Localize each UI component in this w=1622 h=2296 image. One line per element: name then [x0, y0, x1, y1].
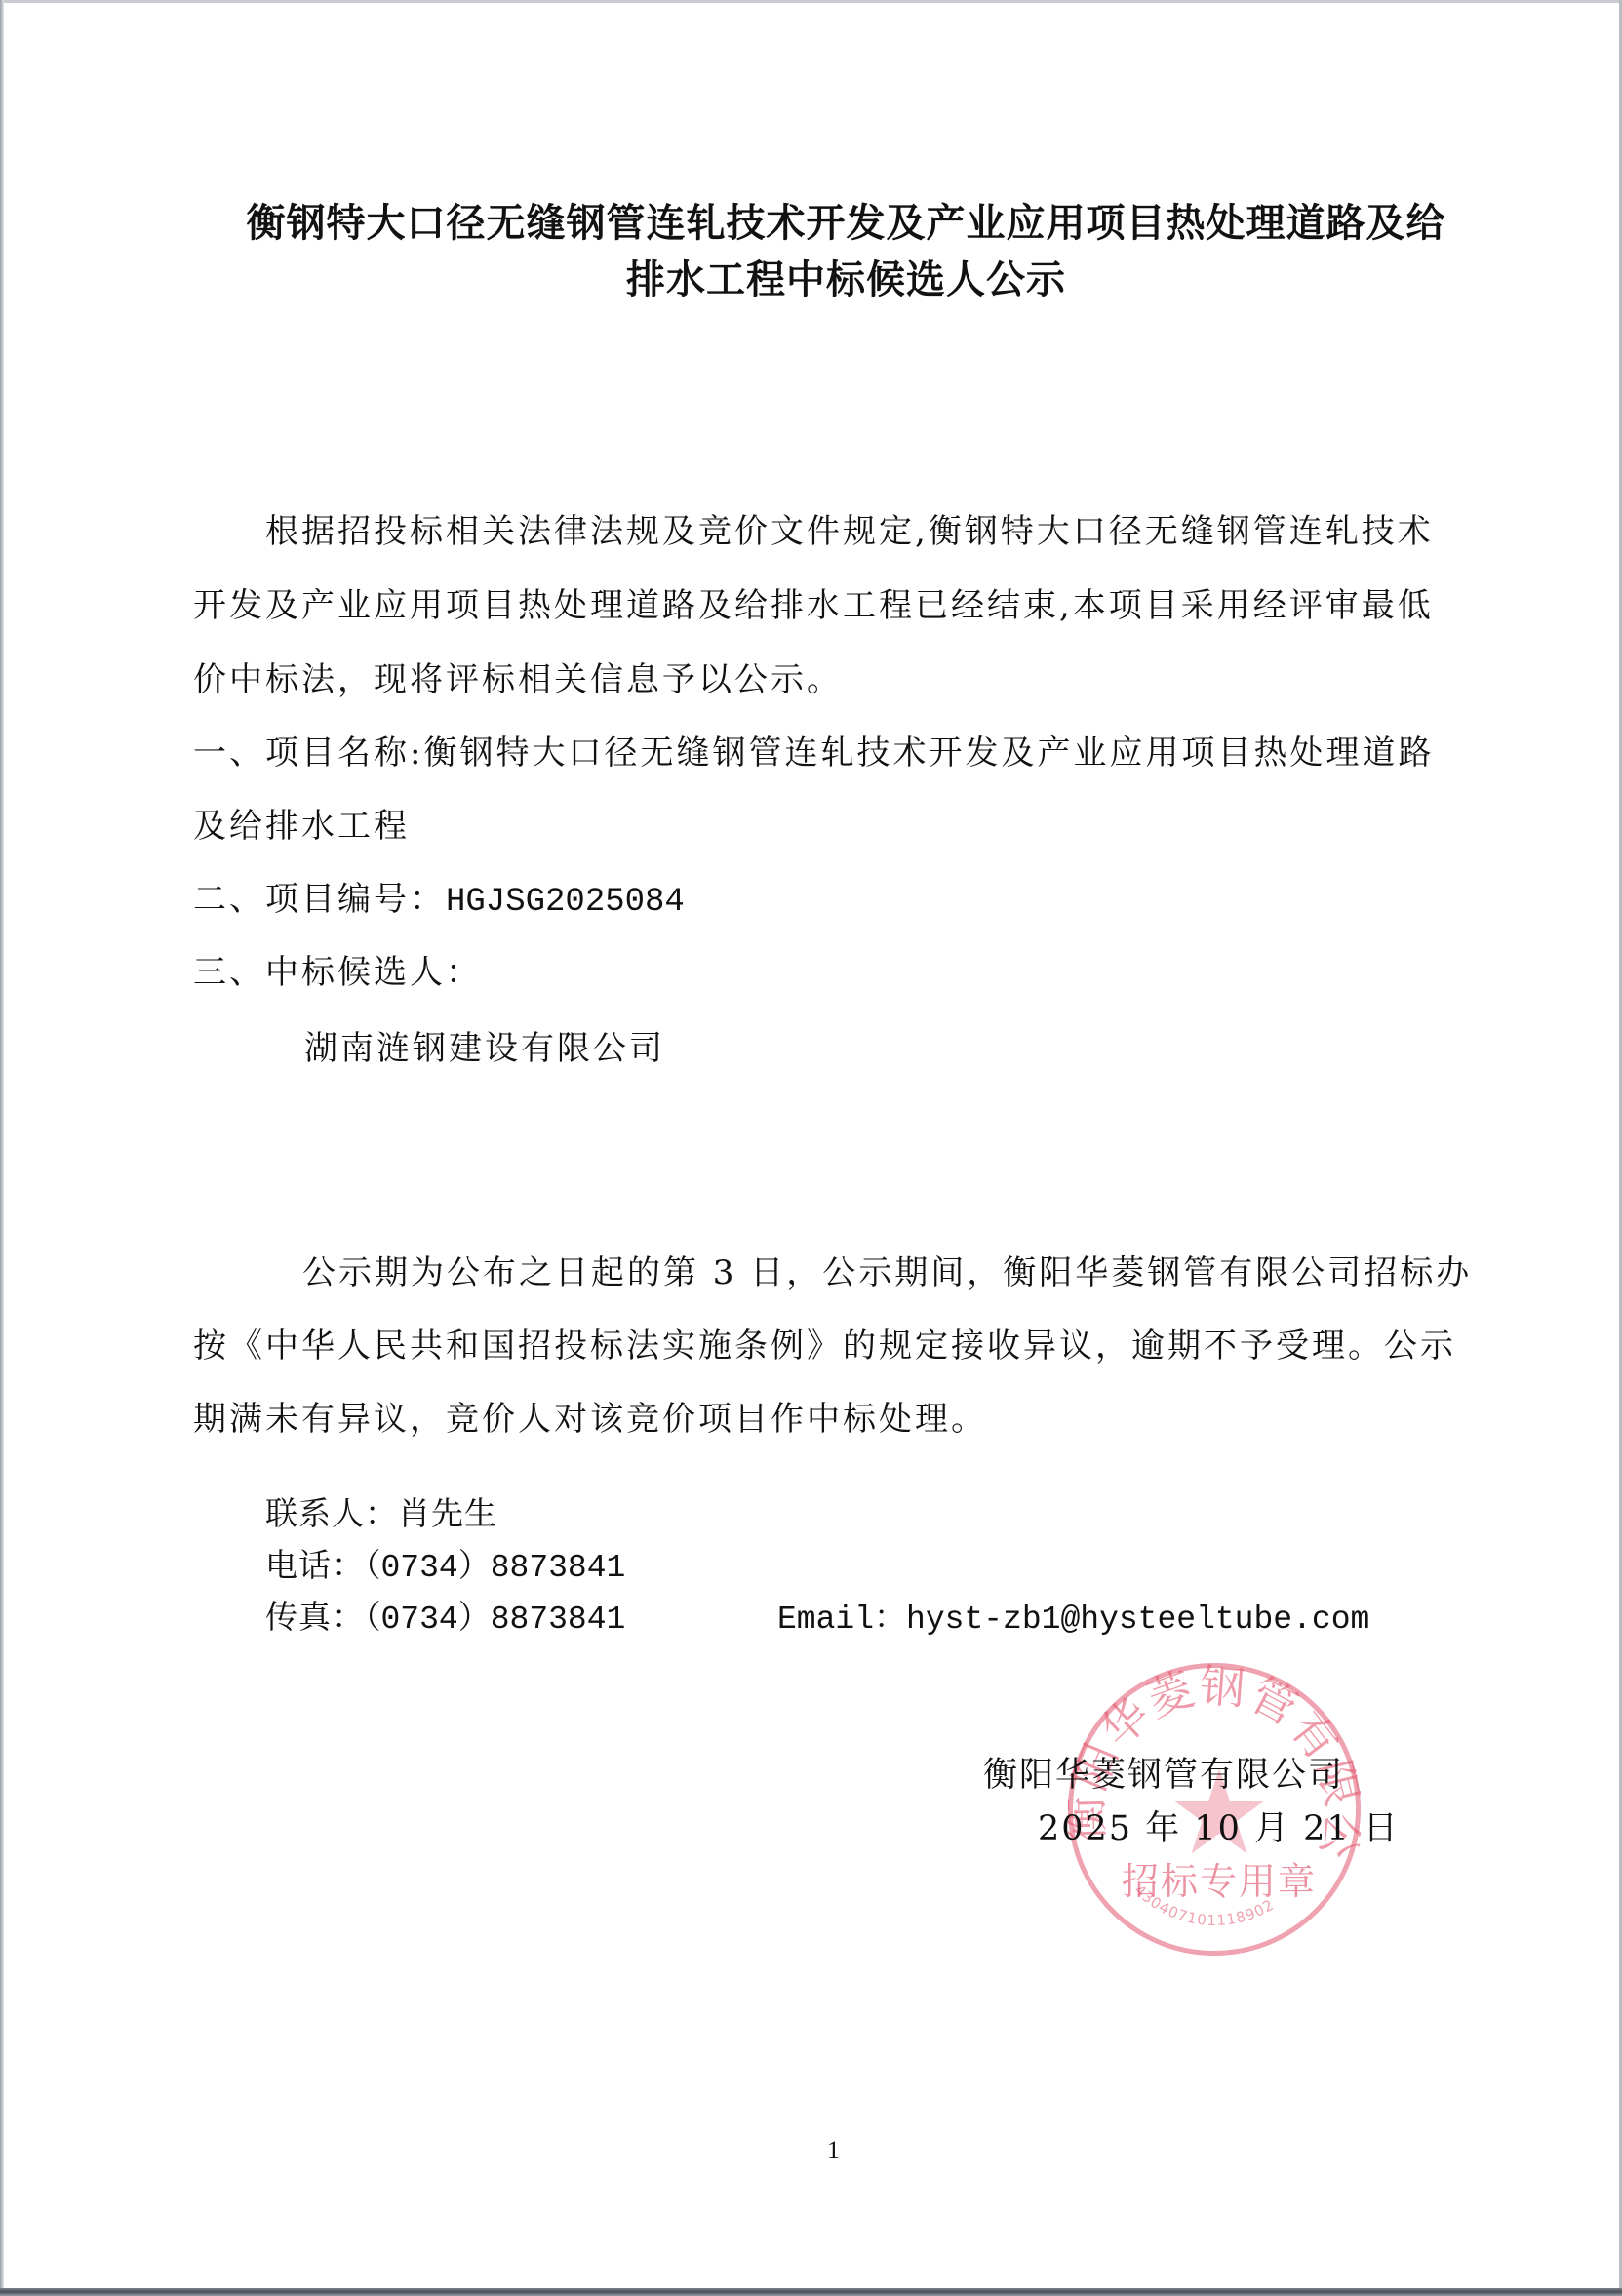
signature-date: 2025 年 10 月 21 日 — [1038, 1809, 1400, 1848]
notice-line-3: 期满未有异议，竞价人对该竞价项目作中标处理。 — [193, 1400, 1500, 1439]
email-link[interactable]: hyst-zb1@hysteeltube.com — [906, 1602, 1369, 1638]
project-name-line-2: 及给排水工程 — [193, 807, 1500, 846]
fax-label: 传真： — [265, 1598, 365, 1636]
signature-company: 衡阳华菱钢管有限公司 — [983, 1756, 1344, 1795]
intro-line-3: 价中标法，现将评标相关信息予以公示。 — [193, 660, 1500, 699]
page-number: 1 — [827, 2136, 840, 2165]
document-title: 衡钢特大口径无缝钢管连轧技术开发及产业应用项目热处理道路及给 排水工程中标候选人… — [190, 195, 1502, 308]
email-label: Email： — [777, 1602, 906, 1638]
project-number: HGJSG2025084 — [446, 884, 685, 921]
project-number-row: 二、项目编号：HGJSG2025084 — [193, 880, 1500, 922]
seal-purpose: 招标专用章 — [1117, 1851, 1322, 1905]
phone-row: 电话：（0734）8873841 — [265, 1546, 625, 1588]
title-line-2: 排水工程中标候选人公示 — [190, 252, 1502, 308]
project-number-label: 二、项目编号： — [193, 880, 446, 919]
notice-line-2: 按《中华人民共和国招投标法实施条例》的规定接收异议，逾期不予受理。公示 — [193, 1326, 1500, 1366]
candidate-label: 三、中标候选人： — [193, 953, 1500, 992]
scan-border-left — [0, 0, 4, 2296]
contact-person-label: 联系人： — [265, 1494, 398, 1532]
phone-number: （0734）8873841 — [365, 1550, 625, 1586]
scan-border-top — [0, 0, 1622, 3]
scan-border-bottom — [0, 2288, 1622, 2296]
contact-person-row: 联系人：肖先生 — [265, 1494, 497, 1533]
notice-line-1: 公示期为公布之日起的第 3 日，公示期间，衡阳华菱钢管有限公司招标办 — [193, 1253, 1500, 1292]
intro-line-2: 开发及产业应用项目热处理道路及给排水工程已经结束,本项目采用经评审最低 — [193, 586, 1500, 625]
contact-person: 肖先生 — [398, 1494, 497, 1532]
phone-label: 电话： — [265, 1546, 365, 1584]
fax-row: 传真：（0734）8873841 — [265, 1598, 625, 1640]
winning-candidate: 湖南涟钢建设有限公司 — [304, 1029, 665, 1068]
intro-line-1: 根据招投标相关法律法规及竞价文件规定,衡钢特大口径无缝钢管连轧技术 — [193, 512, 1500, 551]
email-row: Email：hyst-zb1@hysteeltube.com — [777, 1598, 1369, 1640]
fax-number: （0734）8873841 — [365, 1602, 625, 1638]
project-name-line-1: 一、项目名称:衡钢特大口径无缝钢管连轧技术开发及产业应用项目热处理道路 — [193, 733, 1500, 772]
title-line-1: 衡钢特大口径无缝钢管连轧技术开发及产业应用项目热处理道路及给 — [190, 195, 1502, 252]
